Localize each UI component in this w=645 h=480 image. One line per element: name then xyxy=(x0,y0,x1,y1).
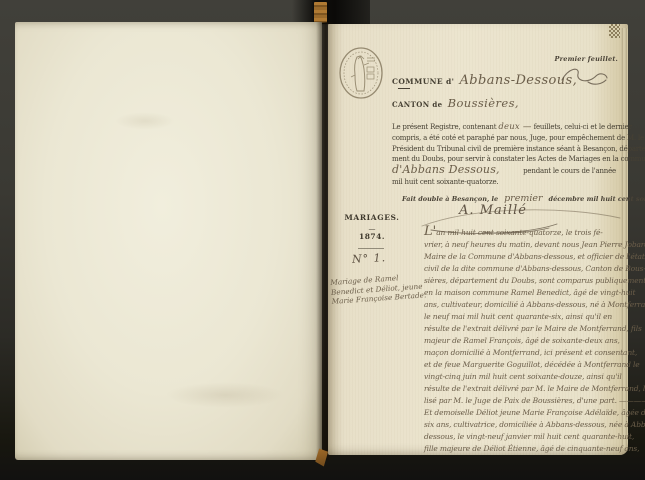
act-line: majeur de Ramel François, âgé de soixant… xyxy=(424,335,624,347)
commune-handwritten: d'Abbans Dessous, xyxy=(392,165,500,176)
act-number: N° 1. xyxy=(352,251,387,266)
act-line: vrier, à neuf heures du matin, devant no… xyxy=(424,239,624,251)
margin-year: 1874. xyxy=(340,232,404,241)
preamble-line: mil huit cent soixante-quatorze. xyxy=(392,177,622,188)
register-page: Premier feuillet. COMMUNE d' Abbans-Dess… xyxy=(328,24,628,455)
act-line: maçon domicilié à Montferrand, ici prése… xyxy=(424,347,624,359)
rule-dash xyxy=(398,88,410,89)
act-line: le neuf mai mil huit cent quarante-six, … xyxy=(424,311,624,323)
act-line: résulte de l'extrait délivré par M. le M… xyxy=(424,383,624,395)
act-line: fille majeure de Déliot Étienne, âgé de … xyxy=(424,443,624,455)
preamble-line: compris, a été coté et paraphé par nous,… xyxy=(392,133,622,144)
marriage-act-text: L'an mil huit cent soixante-quatorze, le… xyxy=(424,226,624,455)
margin-rule xyxy=(358,248,384,249)
margin-heading: MARIAGES. xyxy=(340,213,404,222)
folio-count-handwritten: deux — xyxy=(498,122,531,132)
act-line: Maire de la Commune d'Abbans-dessous, et… xyxy=(424,251,624,263)
act-line: lisé par M. le Juge de Paix de Boussière… xyxy=(424,395,624,407)
act-line: L'an mil huit cent soixante-quatorze, le… xyxy=(424,226,624,239)
act-line: vingt-cinq juin mil huit cent soixante-d… xyxy=(424,371,624,383)
act-opening-letter: L' xyxy=(424,224,436,239)
timbre-revenue-stamp-icon xyxy=(337,45,385,101)
corner-check-mark xyxy=(609,24,620,38)
canton-value: Boussières, xyxy=(448,96,519,110)
act-line: dessous, le vingt-neuf janvier mil huit … xyxy=(424,431,624,443)
book-scan: Premier feuillet. COMMUNE d' Abbans-Dess… xyxy=(0,0,645,480)
commune-label: COMMUNE d' xyxy=(392,77,454,86)
page-stain xyxy=(115,112,175,130)
preamble-line: Le présent Registre, contenant deux — fe… xyxy=(392,122,622,133)
act-line: et de feue Marguerite Goguillot, décédée… xyxy=(424,359,624,371)
act-line: Et demoiselle Déliot jeune Marie Françoi… xyxy=(424,407,624,419)
preamble-line: Président du Tribunal civil de première … xyxy=(392,144,622,155)
printed-preamble: Le présent Registre, contenant deux — fe… xyxy=(392,122,622,188)
commune-line: COMMUNE d' Abbans-Dessous, xyxy=(392,69,577,88)
page-stain xyxy=(165,382,285,408)
canton-line: CANTON de Boussières, xyxy=(392,92,519,111)
act-line: en la maison commune Ramel Benedict, âgé… xyxy=(424,287,624,299)
act-line: sières, département du Doubs, sont compa… xyxy=(424,275,624,287)
act-line: ans, cultivateur, domicilié à Abbans-des… xyxy=(424,299,624,311)
spine-fragment-top xyxy=(314,2,327,23)
preamble-line: d'Abbans Dessous, pendant le cours de l'… xyxy=(392,165,622,177)
canton-label: CANTON de xyxy=(392,100,443,109)
book-binding-edge xyxy=(292,0,370,24)
opening-flourish-icon xyxy=(416,204,626,228)
act-line: résulte de l'extrait délivré par le Mair… xyxy=(424,323,624,335)
margin-note: Mariage de Ramel Benedict et Déliot, jeu… xyxy=(330,271,436,307)
act-line: civil de la dite commune d'Abbans-dessou… xyxy=(424,263,624,275)
left-blank-page xyxy=(15,22,322,460)
folio-label: Premier feuillet. xyxy=(555,55,618,63)
commune-value: Abbans-Dessous, xyxy=(459,73,577,88)
act-line: six ans, cultivatrice, domiciliée à Abba… xyxy=(424,419,624,431)
